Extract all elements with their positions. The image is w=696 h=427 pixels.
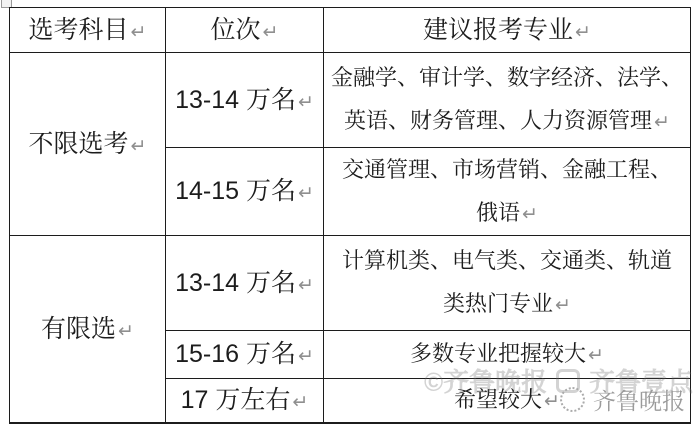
subject-label: 有限选 xyxy=(41,315,116,343)
majors-cell: 希望较大↵ xyxy=(324,379,691,424)
rank-cell: 13-14 万名↵ xyxy=(166,53,324,148)
rank-value: 13-14 万名 xyxy=(175,269,296,297)
cell-end-mark-icon: ↵ xyxy=(298,275,314,296)
rank-value: 13-14 万名 xyxy=(175,86,296,114)
header-majors-label: 建议报考专业 xyxy=(423,16,573,44)
majors-cell: 交通管理、市场营销、金融工程、 俄语↵ xyxy=(324,148,691,236)
majors-cell: 金融学、审计学、数字经济、法学、 英语、财务管理、人力资源管理↵ xyxy=(324,53,691,148)
header-rank: 位次↵ xyxy=(166,8,324,53)
rank-cell: 17 万左右↵ xyxy=(166,379,324,424)
majors-cell: 计算机类、电气类、交通类、轨道 类热门专业↵ xyxy=(324,236,691,331)
majors-value: 金融学、审计学、数字经济、法学、 英语、财务管理、人力资源管理 xyxy=(331,65,683,133)
subject-cell-limited: 有限选↵ xyxy=(10,236,166,424)
subject-label: 不限选考 xyxy=(29,130,129,158)
rank-cell: 14-15 万名↵ xyxy=(166,148,324,236)
cell-end-mark-icon: ↵ xyxy=(131,22,147,43)
cell-end-mark-icon: ↵ xyxy=(131,136,147,157)
majors-value: 交通管理、市场营销、金融工程、 俄语 xyxy=(342,157,672,225)
cell-end-mark-icon: ↵ xyxy=(298,92,314,113)
majors-value: 希望较大 xyxy=(454,387,542,412)
cell-end-mark-icon: ↵ xyxy=(575,22,591,43)
cell-end-mark-icon: ↵ xyxy=(522,204,538,225)
table-row: 有限选↵ 13-14 万名↵ 计算机类、电气类、交通类、轨道 类热门专业↵ xyxy=(10,236,691,331)
admission-rank-table: 选考科目↵ 位次↵ 建议报考专业↵ 不限选考↵ 13-14 万名↵ 金融学、审计… xyxy=(9,7,691,424)
cell-end-mark-icon: ↵ xyxy=(118,321,134,342)
cell-end-mark-icon: ↵ xyxy=(544,391,560,412)
table-row: 不限选考↵ 13-14 万名↵ 金融学、审计学、数字经济、法学、 英语、财务管理… xyxy=(10,53,691,148)
majors-value: 计算机类、电气类、交通类、轨道 类热门专业 xyxy=(342,248,672,316)
cell-end-mark-icon: ↵ xyxy=(555,295,571,316)
cell-end-mark-icon: ↵ xyxy=(654,112,670,133)
rank-value: 14-15 万名 xyxy=(175,177,296,205)
rank-value: 17 万左右 xyxy=(181,386,291,414)
cell-end-mark-icon: ↵ xyxy=(263,22,279,43)
header-rank-label: 位次 xyxy=(211,16,261,44)
majors-cell: 多数专业把握较大↵ xyxy=(324,331,691,379)
header-majors: 建议报考专业↵ xyxy=(324,8,691,53)
header-subject-label: 选考科目 xyxy=(29,16,129,44)
cell-end-mark-icon: ↵ xyxy=(298,183,314,204)
header-subject: 选考科目↵ xyxy=(10,8,166,53)
rank-value: 15-16 万名 xyxy=(175,340,296,368)
cell-end-mark-icon: ↵ xyxy=(298,346,314,367)
rank-cell: 13-14 万名↵ xyxy=(166,236,324,331)
header-row: 选考科目↵ 位次↵ 建议报考专业↵ xyxy=(10,8,691,53)
rank-cell: 15-16 万名↵ xyxy=(166,331,324,379)
majors-value: 多数专业把握较大 xyxy=(410,341,586,366)
cell-end-mark-icon: ↵ xyxy=(292,392,308,413)
document-page: 选考科目↵ 位次↵ 建议报考专业↵ 不限选考↵ 13-14 万名↵ 金融学、审计… xyxy=(0,0,696,427)
cell-end-mark-icon: ↵ xyxy=(588,345,604,366)
subject-cell-unrestricted: 不限选考↵ xyxy=(10,53,166,236)
